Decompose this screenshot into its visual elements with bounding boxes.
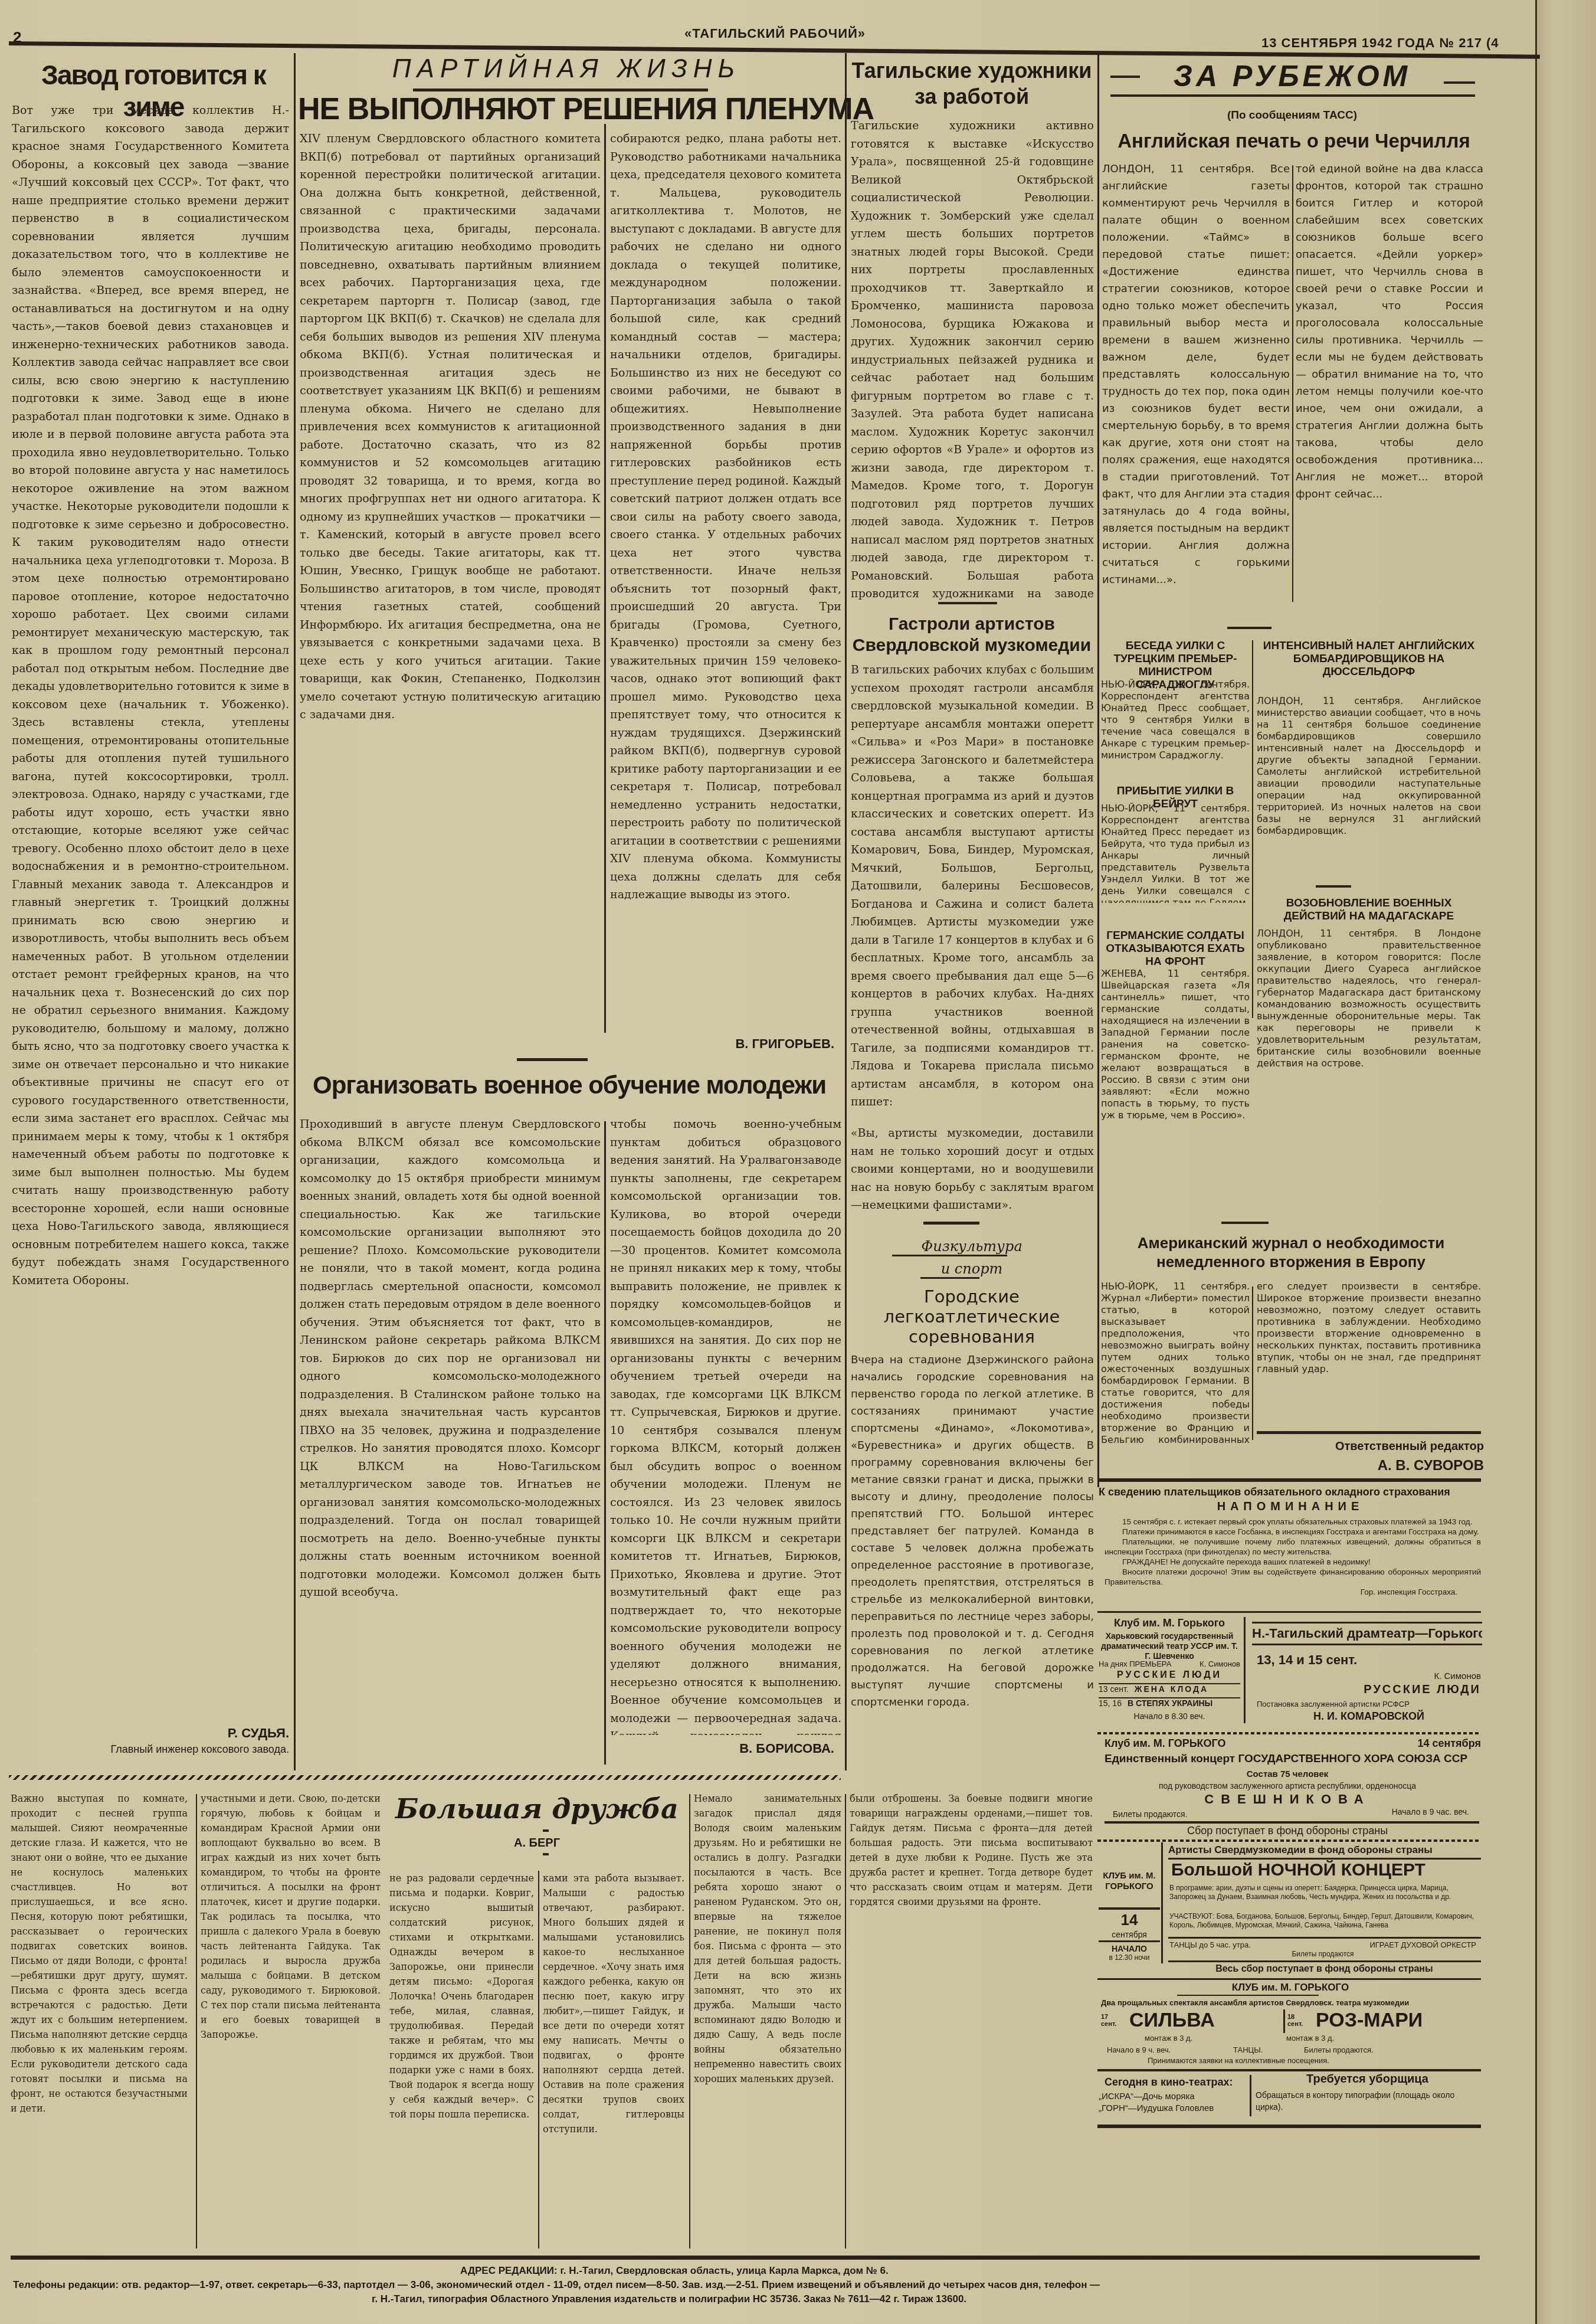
ad-theatre-name: Харьковский государственный драматически… [1099, 1631, 1240, 1661]
ad-rule [1097, 2125, 1481, 2128]
notice-paragraph: 15 сентября с. г. истекает первый срок у… [1105, 1517, 1481, 1527]
rubric-abroad: ЗА РУБЕЖОМ [1139, 59, 1446, 93]
ad-divider [1250, 2075, 1251, 2116]
ad-night-banner: Артисты Свердмузкомедии в фонд обороны с… [1168, 1844, 1481, 1856]
ad-staging: Постановка заслуженной артистки РСФСР [1257, 1700, 1481, 1708]
ad-night-dance-row: ТАНЦЫ до 5 час. утра. ИГРАЕТ ДУХОВОЙ ОРК… [1169, 1940, 1476, 1949]
rubric-sport-line1: Физкультура [850, 1238, 1094, 1255]
ad-choir-club: Клуб им. М. ГОРЬКОГО [1105, 1737, 1282, 1750]
ad-play-title: РУССКИЕ ЛЮДИ [1257, 1683, 1481, 1697]
show-title: ЖЕНА КЛОДА [1135, 1684, 1208, 1694]
article-body: его следует произвести в сентябре. Широк… [1257, 1281, 1481, 1410]
editor-label: Ответственный редактор [1307, 1440, 1484, 1454]
ad-rule [1097, 2069, 1481, 2071]
ad-cinema-iskra: „ИСКРА“—Дочь моряка [1099, 2091, 1240, 2102]
headline-great-friendship: Большая дружба [389, 1793, 684, 1825]
article-body: XIV пленум Свердловского областного коми… [300, 130, 601, 1033]
ad-rule [1168, 1858, 1481, 1860]
ad-premiere-row: На днях ПРЕМЬЕРА К. Симонов [1099, 1659, 1240, 1668]
separator [543, 1829, 549, 1832]
ad-night-cast: УЧАСТВУЮТ: Бова, Богданова, Большов, Бер… [1169, 1912, 1479, 1930]
ad-night-orchestra: ИГРАЕТ ДУХОВОЙ ОРКЕСТР [1369, 1940, 1476, 1949]
ad-choir-size: Состав 75 человек [1099, 1769, 1476, 1779]
column-divider [1252, 640, 1253, 1018]
article-body: НЬЮ-ЙОРК, 10 сентября. Корреспондент аге… [1101, 679, 1250, 761]
article-body: В тагильских рабочих клубах с большим ус… [851, 661, 1094, 1121]
article-body: Проходивший в августе пленум Свердловско… [300, 1115, 601, 1750]
ad-night-title: Большой НОЧНОЙ КОНЦЕРТ [1171, 1860, 1484, 1880]
headline-churchill: Английская печать о речи Черчилля [1102, 130, 1486, 152]
story-column: Немало занимательных загадок прислал дяд… [694, 1791, 841, 2251]
show-title: РОЗ-МАРИ [1316, 2009, 1423, 2032]
separator [1227, 627, 1271, 629]
ad-night-month: сентября [1099, 1930, 1160, 1939]
column-divider [689, 1794, 690, 2248]
notice-heading: НАПОМИНАНИЕ [1099, 1500, 1482, 1514]
ad-divider [1244, 1617, 1246, 1723]
article-body: чтобы помочь военно-учебным пунктам доби… [610, 1115, 841, 1735]
article-signature: В. БОРИСОВА. [610, 1741, 834, 1756]
story-column: участными и дети. Свою, по-детски горячу… [201, 1791, 381, 2251]
article-signature: Р. СУДЬЯ. [12, 1726, 289, 1741]
separator [517, 1058, 588, 1061]
separator [938, 602, 997, 604]
column-divider [538, 1871, 539, 2248]
column-divider [294, 53, 296, 1770]
column-divider [604, 1121, 606, 1765]
separator [1316, 885, 1351, 888]
paper-name: «ТАГИЛЬСКИЙ РАБОЧИЙ» [684, 26, 866, 41]
ad-rule [1099, 1940, 1160, 1942]
ad-rule [1105, 1821, 1479, 1824]
rubric-frame [1110, 94, 1475, 97]
notice-body: 15 сентября с. г. истекает первый срок у… [1105, 1517, 1481, 1597]
ad-job-body: Обращаться в контору типографии (площадь… [1256, 2089, 1480, 2113]
ad-rule [1097, 1978, 1481, 1980]
ad-night-fund: Весь сбор поступает в фонд обороны стран… [1169, 1964, 1479, 1975]
ad-night-start-label: НАЧАЛО [1099, 1944, 1160, 1953]
headline-tour: Гастроли артистов Свердловской музкомеди… [850, 614, 1094, 656]
ad-rule [1168, 1937, 1481, 1939]
show-date: 18 сент. [1287, 2014, 1311, 2028]
headline-german-soldiers: ГЕРМАНСКИЕ СОЛДАТЫ ОТКАЗЫВАЮТСЯ ЕХАТЬ НА… [1101, 929, 1250, 968]
ad-dotted-border [1097, 1839, 1481, 1842]
ad-dramteatr-title: Н.-Тагильский драмтеатр—Горького [1252, 1622, 1482, 1645]
ad-night-start-time: в 12.30 ночи [1099, 1953, 1160, 1962]
headline-military-training: Организовать военное обучение молодежи [298, 1071, 841, 1099]
article-signature: В. ГРИГОРЬЕВ. [610, 1036, 834, 1052]
notice-title: К сведению плательщиков обязательного ок… [1099, 1486, 1482, 1498]
ad-fund-note: Сбор поступает в фонд обороны страны [1099, 1825, 1476, 1837]
separator [923, 1222, 979, 1225]
ad-choir-conductor: СВЕШНИКОВА [1099, 1792, 1476, 1807]
article-body: ЖЕНЕВА, 11 сентября. Швейцарская газета … [1101, 968, 1250, 1216]
column-divider [845, 1794, 846, 2248]
column-divider [1097, 53, 1099, 1487]
rubric-frame [1110, 76, 1140, 78]
headline-artists: Тагильские художники за работой [850, 58, 1094, 110]
ad-farewell-club: КЛУБ им. М. ГОРЬКОГО [1099, 1982, 1482, 1994]
issue-date: 13 СЕНТЯБРЯ 1942 ГОДА № 217 (4 [1261, 35, 1499, 51]
ad-schedule-row: 13 сент. ЖЕНА КЛОДА [1099, 1683, 1240, 1694]
notice-paragraph: Вносите платежи досрочно! Этим вы содейс… [1105, 1567, 1481, 1587]
ad-rule [1168, 1960, 1481, 1962]
column-divider [604, 124, 606, 1033]
ad-rule [1099, 1907, 1160, 1910]
article-body: той единой войне на два класса фронтов, … [1296, 161, 1483, 609]
story-column: ками эта работа вызывает. Малыши с радос… [543, 1871, 684, 2251]
ad-night-club: КЛУБ им. М. ГОРЬКОГО [1099, 1871, 1160, 1892]
rubric-source: (По сообщениям ТАСС) [1103, 109, 1481, 122]
article-body: Тагильские художники активно готовятся к… [851, 117, 1094, 601]
footer-rule [11, 2256, 1480, 2260]
separator [543, 1853, 549, 1855]
ad-club-title: Клуб им. М. Горького [1099, 1617, 1240, 1629]
ad-farewell-intro: Два прощальных спектакля ансамбля артист… [1101, 1998, 1481, 2007]
ad-dramteatr-dates: 13, 14 и 15 сент. [1257, 1652, 1481, 1668]
ad-night-day: 14 [1099, 1911, 1160, 1929]
ad-night-tickets: Билеты продаются [1169, 1950, 1476, 1958]
wavy-separator [9, 1775, 841, 1780]
ad-divider [1161, 1842, 1163, 1963]
headline-invasion: Американский журнал о необходимости неме… [1102, 1233, 1480, 1271]
ad-cinema-title: Сегодня в кино-театрах: [1105, 2076, 1246, 2089]
ad-montage: монтаж в 3 д. [1145, 2034, 1233, 2042]
ad-schedule-row: 15, 16 В СТЕПЯХ УКРАИНЫ [1099, 1697, 1240, 1708]
ad-dotted-border [1097, 1732, 1481, 1734]
ad-tickets: Билеты продаются. [1304, 2045, 1469, 2054]
separator [1257, 1431, 1481, 1434]
ad-choir-conductor-title: под руководством заслуженного артиста ре… [1099, 1781, 1476, 1791]
show-date: 13 сент. [1099, 1684, 1129, 1694]
footer-phones: Телефоны редакции: отв. редактор—1-97, о… [13, 2279, 1482, 2291]
article-body: ЛОНДОН, 11 сентября. В Лондоне опубликов… [1257, 928, 1481, 1211]
notice-paragraph: ГРАЖДАНЕ! Не допускайте перехода ваших п… [1105, 1557, 1481, 1567]
headline-madagascar: ВОЗОБНОВЛЕНИЕ ВОЕННЫХ ДЕЙСТВИЙ НА МАДАГА… [1257, 897, 1481, 923]
rubric-underline [892, 1255, 1007, 1256]
footer-address: АДРЕС РЕДАКЦИИ: г. Н.-Тагил, Свердловска… [460, 2265, 1481, 2277]
rubric-party-life: ПАРТИЙНАЯ ЖИЗНЬ [301, 54, 832, 84]
ad-choir-headline: Единственный концерт ГОСУДАРСТВЕННОГО ХО… [1105, 1753, 1482, 1766]
ad-start-time: Начало в 9 час. веч. [1298, 1807, 1469, 1816]
story-column: Важно выступая по комнате, проходит с пе… [11, 1791, 188, 2251]
notice-bottom-rule [1097, 1611, 1481, 1613]
ad-start-time: Начало в 9 ч. веч. [1107, 2045, 1195, 2054]
article-body: собираются редко, плана работы нет. Руко… [610, 130, 841, 1009]
rubric-frame [1444, 81, 1475, 84]
ad-tickets: Билеты продаются. [1113, 1809, 1231, 1819]
column-divider [1292, 165, 1293, 602]
column-divider [196, 1794, 197, 2248]
article-body: НЬЮ-ЙОРК, 11 сентября. Журнал «Либерти» … [1101, 1281, 1250, 1446]
story-column: были отброшены. За боевые подвиги многие… [850, 1791, 1093, 2251]
rubric-sport-line2: и спорт [850, 1261, 1094, 1277]
premiere-label: На днях ПРЕМЬЕРА [1099, 1659, 1171, 1668]
ad-montage: монтаж в 3 д. [1286, 2034, 1375, 2042]
ad-cinema-gorn: „ГОРН“—Иудушка Головлев [1099, 2103, 1240, 2113]
headline-dusseldorf-raid: ИНТЕНСИВНЫЙ НАЛЕТ АНГЛИЙСКИХ БОМБАРДИРОВ… [1257, 640, 1481, 679]
notice-signature: Гор. инспекция Госстраха. [1105, 1587, 1481, 1597]
ad-collective: Принимаются заявки на коллективные посещ… [1148, 2056, 1443, 2065]
article-body: ЛОНДОН, 11 сентября. Английское министер… [1257, 695, 1481, 884]
ad-show-silva: 17 сент. СИЛЬВА [1101, 2009, 1284, 2032]
show-start-time: Начало в 8.30 веч. [1099, 1711, 1240, 1721]
notice-top-rule [1097, 1478, 1481, 1482]
column-divider [1252, 1287, 1253, 1440]
article-body: ЛОНДОН, 11 сентября. Все английские газе… [1102, 161, 1290, 609]
letter-quote: «Вы, артисты музкомедии, доставили нам н… [851, 1124, 1094, 1219]
headline-athletics: Городские легкоатлетические соревнования [850, 1287, 1094, 1347]
ad-rule [1177, 1995, 1319, 1996]
ad-dance: ТАНЦЫ. [1233, 2045, 1280, 2054]
ad-choir-date: 14 сентября [1322, 1737, 1481, 1750]
show-date: 17 сент. [1101, 2014, 1125, 2028]
editor-name: А. В. СУВОРОВ [1307, 1458, 1484, 1474]
headline-plenum: НЕ ВЫПОЛНЯЮТ РЕШЕНИЯ ПЛЕНУМА [298, 91, 841, 127]
signature-title: Главный инженер коксового завода. [12, 1743, 289, 1756]
ad-night-dance: ТАНЦЫ до 5 час. утра. [1169, 1940, 1251, 1949]
notice-paragraph: Плательщики, не получившие почему либо п… [1105, 1537, 1481, 1557]
playwright: К. Симонов [1200, 1659, 1240, 1668]
page-edge-fold [1535, 0, 1596, 2324]
ad-job-title: Требуется уборщица [1254, 2073, 1481, 2086]
ad-show-rose-marie: 18 сент. РОЗ-МАРИ [1287, 2009, 1482, 2032]
separator [1221, 1222, 1269, 1224]
story-author: А. БЕРГ [389, 1837, 684, 1850]
notice-paragraph: Платежи принимаются в кассе Госбанка, в … [1105, 1527, 1481, 1537]
ad-play-title: РУССКИЕ ЛЮДИ [1099, 1670, 1240, 1681]
story-column: не раз радовали сердечные письма и подар… [389, 1871, 534, 2251]
footer-printer: г. Н.-Тагил, типография Областного Управ… [372, 2293, 1481, 2305]
ad-director: Н. И. КОМАРОВСКОЙ [1257, 1710, 1481, 1723]
ad-divider [1283, 2009, 1285, 2033]
show-date: 15, 16 [1099, 1698, 1122, 1708]
column-divider [845, 53, 847, 1770]
article-body: НЬЮ-ЙОРК, 11 сентября. Корреспондент аге… [1101, 803, 1250, 903]
show-title: СИЛЬВА [1129, 2009, 1215, 2032]
article-body: Вчера на стадионе Дзержинского района на… [851, 1351, 1094, 1765]
article-body: Вот уже три месяца коллектив Н.-Тагильск… [12, 102, 289, 1724]
playwright: К. Симонов [1257, 1671, 1481, 1681]
rubric-underline [920, 1277, 979, 1279]
show-title: В СТЕПЯХ УКРАИНЫ [1128, 1698, 1212, 1708]
ad-night-program: В программе: арии, дуэты и сцены из опер… [1169, 1884, 1479, 1901]
